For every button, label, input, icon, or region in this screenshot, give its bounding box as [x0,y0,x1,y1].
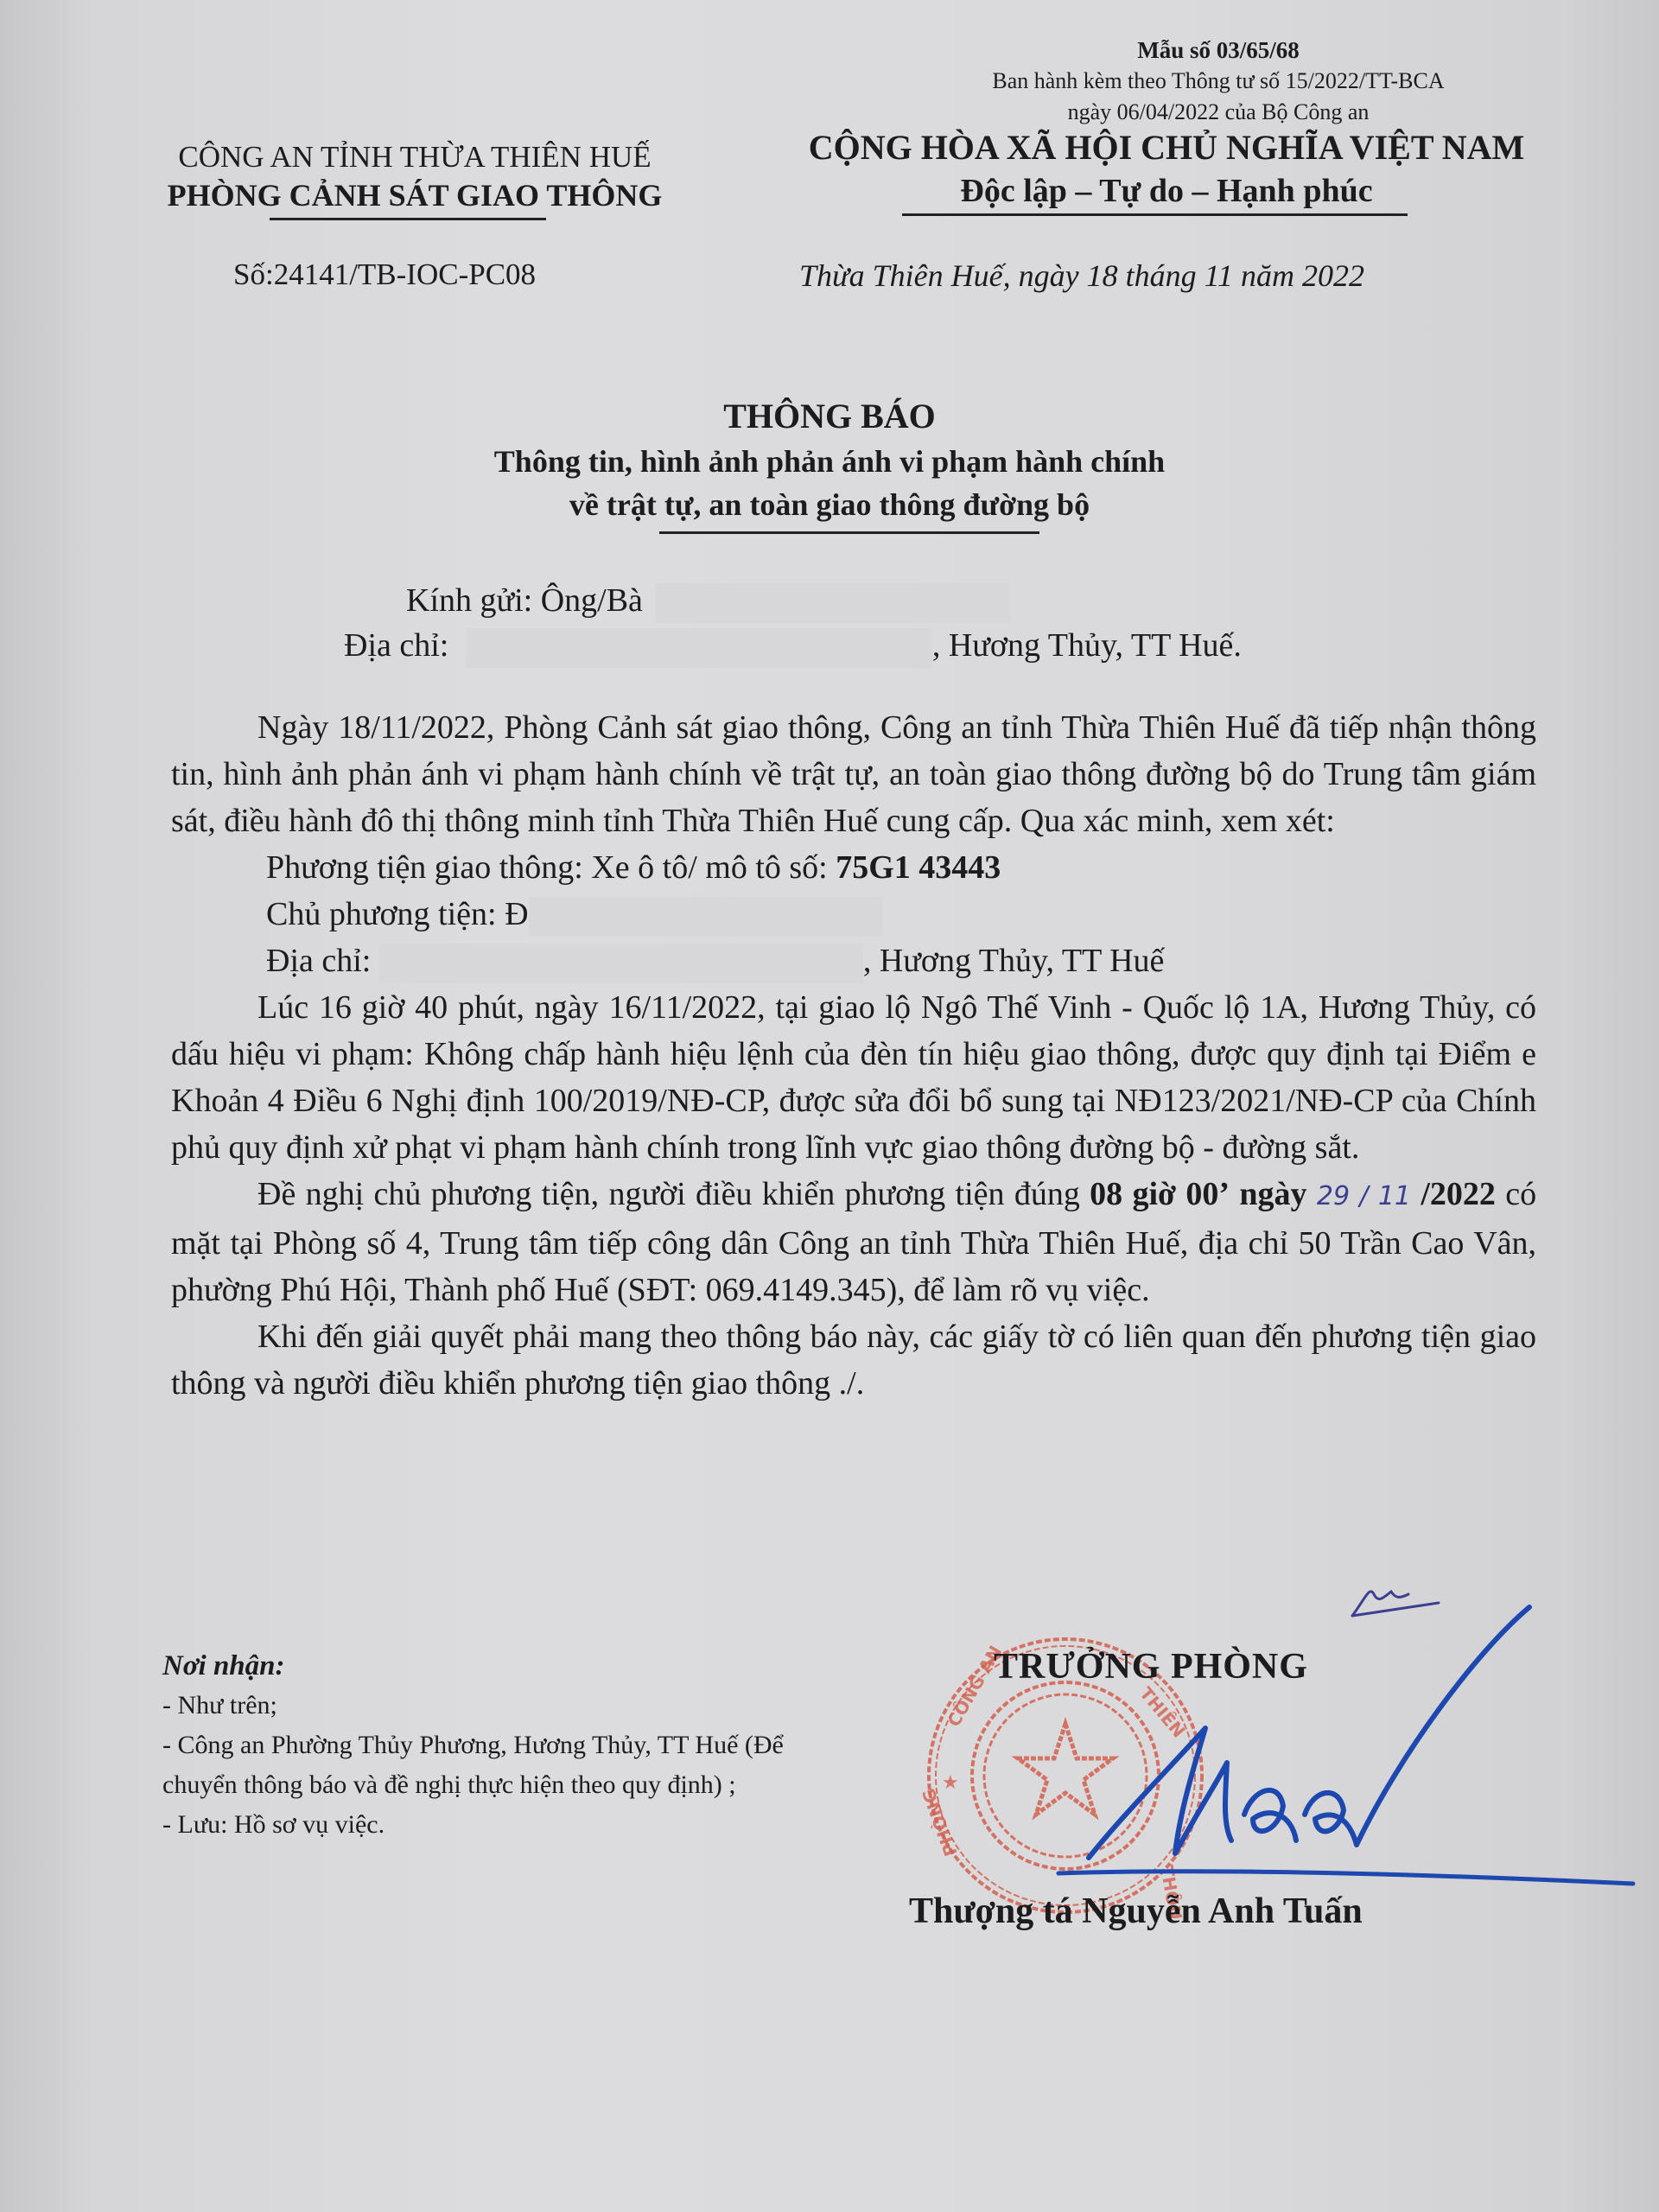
form-number: Mẫu số 03/65/68 [916,35,1521,66]
agency-parent: CÔNG AN TỈNH THỪA THIÊN HUẾ [112,138,717,176]
owner-line: Chủ phương tiện: Đ [171,891,1536,938]
owner-address-label: Địa chỉ: [266,943,371,979]
national-heading: CỘNG HÒA XÃ HỘI CHỦ NGHĨA VIỆT NAM Độc l… [734,125,1599,216]
svg-text:★: ★ [942,1772,959,1794]
appointment-day-label: ngày [1239,1176,1306,1212]
handwritten-month: 11 [1378,1181,1411,1211]
redacted-address [466,628,932,668]
notice-body: Ngày 18/11/2022, Phòng Cảnh sát giao thô… [171,704,1536,1407]
recipient-item: - Công an Phường Thủy Phương, Hương Thủy… [162,1726,785,1805]
recipient-item: - Như trên; [162,1686,785,1726]
request-paragraph: Đề nghị chủ phương tiện, người điều khiể… [171,1171,1536,1313]
addressee-line: Kính gửi: Ông/Bà [406,577,1010,624]
violation-paragraph: Lúc 16 giờ 40 phút, ngày 16/11/2022, tại… [171,984,1536,1171]
place-and-date: Thừa Thiên Huế, ngày 18 tháng 11 năm 202… [799,257,1364,294]
redacted-owner-name [529,897,883,937]
addressee-address-line: Địa chỉ: , Hương Thủy, TT Huế. [344,622,1242,669]
license-plate: 75G1 43443 [836,849,1001,886]
title-underline [659,531,1039,534]
appointment-time: 08 giờ 00’ [1090,1176,1230,1212]
request-intro: Đề nghị chủ phương tiện, người điều khiể… [257,1176,1080,1212]
owner-address-suffix: , Hương Thủy, TT Huế [863,943,1165,979]
signer-name: Thượng tá Nguyễn Anh Tuấn [909,1891,1363,1932]
closing-paragraph: Khi đến giải quyết phải mang theo thông … [171,1313,1536,1407]
document-subtitle-line-2: về trật tự, an toàn giao thông đường bộ [0,483,1659,526]
vehicle-label: Phương tiện giao thông: Xe ô tô/ mô tô s… [266,849,828,886]
document-page: Mẫu số 03/65/68 Ban hành kèm theo Thông … [0,0,1659,2212]
salutation: Kính gửi: Ông/Bà [406,582,643,619]
address-label: Địa chỉ: [344,627,448,664]
redacted-name [656,583,1010,623]
document-number: Số:24141/TB-IOC-PC08 [233,257,536,292]
initials-mark-icon [1344,1573,1447,1624]
document-title-block: THÔNG BÁO Thông tin, hình ảnh phản ánh v… [0,393,1659,534]
form-issued-line-2: ngày 06/04/2022 của Bộ Công an [916,97,1521,128]
svg-text:PHÒNG: PHÒNG [923,1786,962,1859]
form-number-block: Mẫu số 03/65/68 Ban hành kèm theo Thông … [916,35,1521,128]
agency-underline [270,218,546,220]
vehicle-line: Phương tiện giao thông: Xe ô tô/ mô tô s… [171,844,1536,891]
address-suffix: , Hương Thủy, TT Huế. [932,627,1242,664]
form-issued-line-1: Ban hành kèm theo Thông tư số 15/2022/TT… [916,66,1521,97]
recipients-heading: Nơi nhận: [162,1646,785,1686]
issuing-agency: CÔNG AN TỈNH THỪA THIÊN HUẾ PHÒNG CẢNH S… [112,138,717,220]
recipient-item: - Lưu: Hồ sơ vụ việc. [162,1805,785,1845]
intro-paragraph: Ngày 18/11/2022, Phòng Cảnh sát giao thô… [171,704,1536,844]
recipients-block: Nơi nhận: - Như trên; - Công an Phường T… [162,1646,785,1845]
national-motto: Độc lập – Tự do – Hạnh phúc [734,170,1599,212]
owner-label: Chủ phương tiện: Đ [266,896,529,932]
document-title: THÔNG BÁO [0,393,1659,440]
owner-address-line: Địa chỉ: , Hương Thủy, TT Huế [171,938,1536,984]
document-subtitle-line-1: Thông tin, hình ảnh phản ánh vi phạm hàn… [0,440,1659,483]
handwritten-signature-icon [994,1599,1650,1910]
nation-name: CỘNG HÒA XÃ HỘI CHỦ NGHĨA VIỆT NAM [734,125,1599,170]
date-slash: / [1359,1181,1368,1211]
redacted-owner-address [379,944,863,983]
motto-underline [902,213,1408,216]
agency-name: PHÒNG CẢNH SÁT GIAO THÔNG [112,176,717,214]
handwritten-day: 29 [1317,1181,1350,1211]
appointment-year: /2022 [1421,1176,1496,1212]
